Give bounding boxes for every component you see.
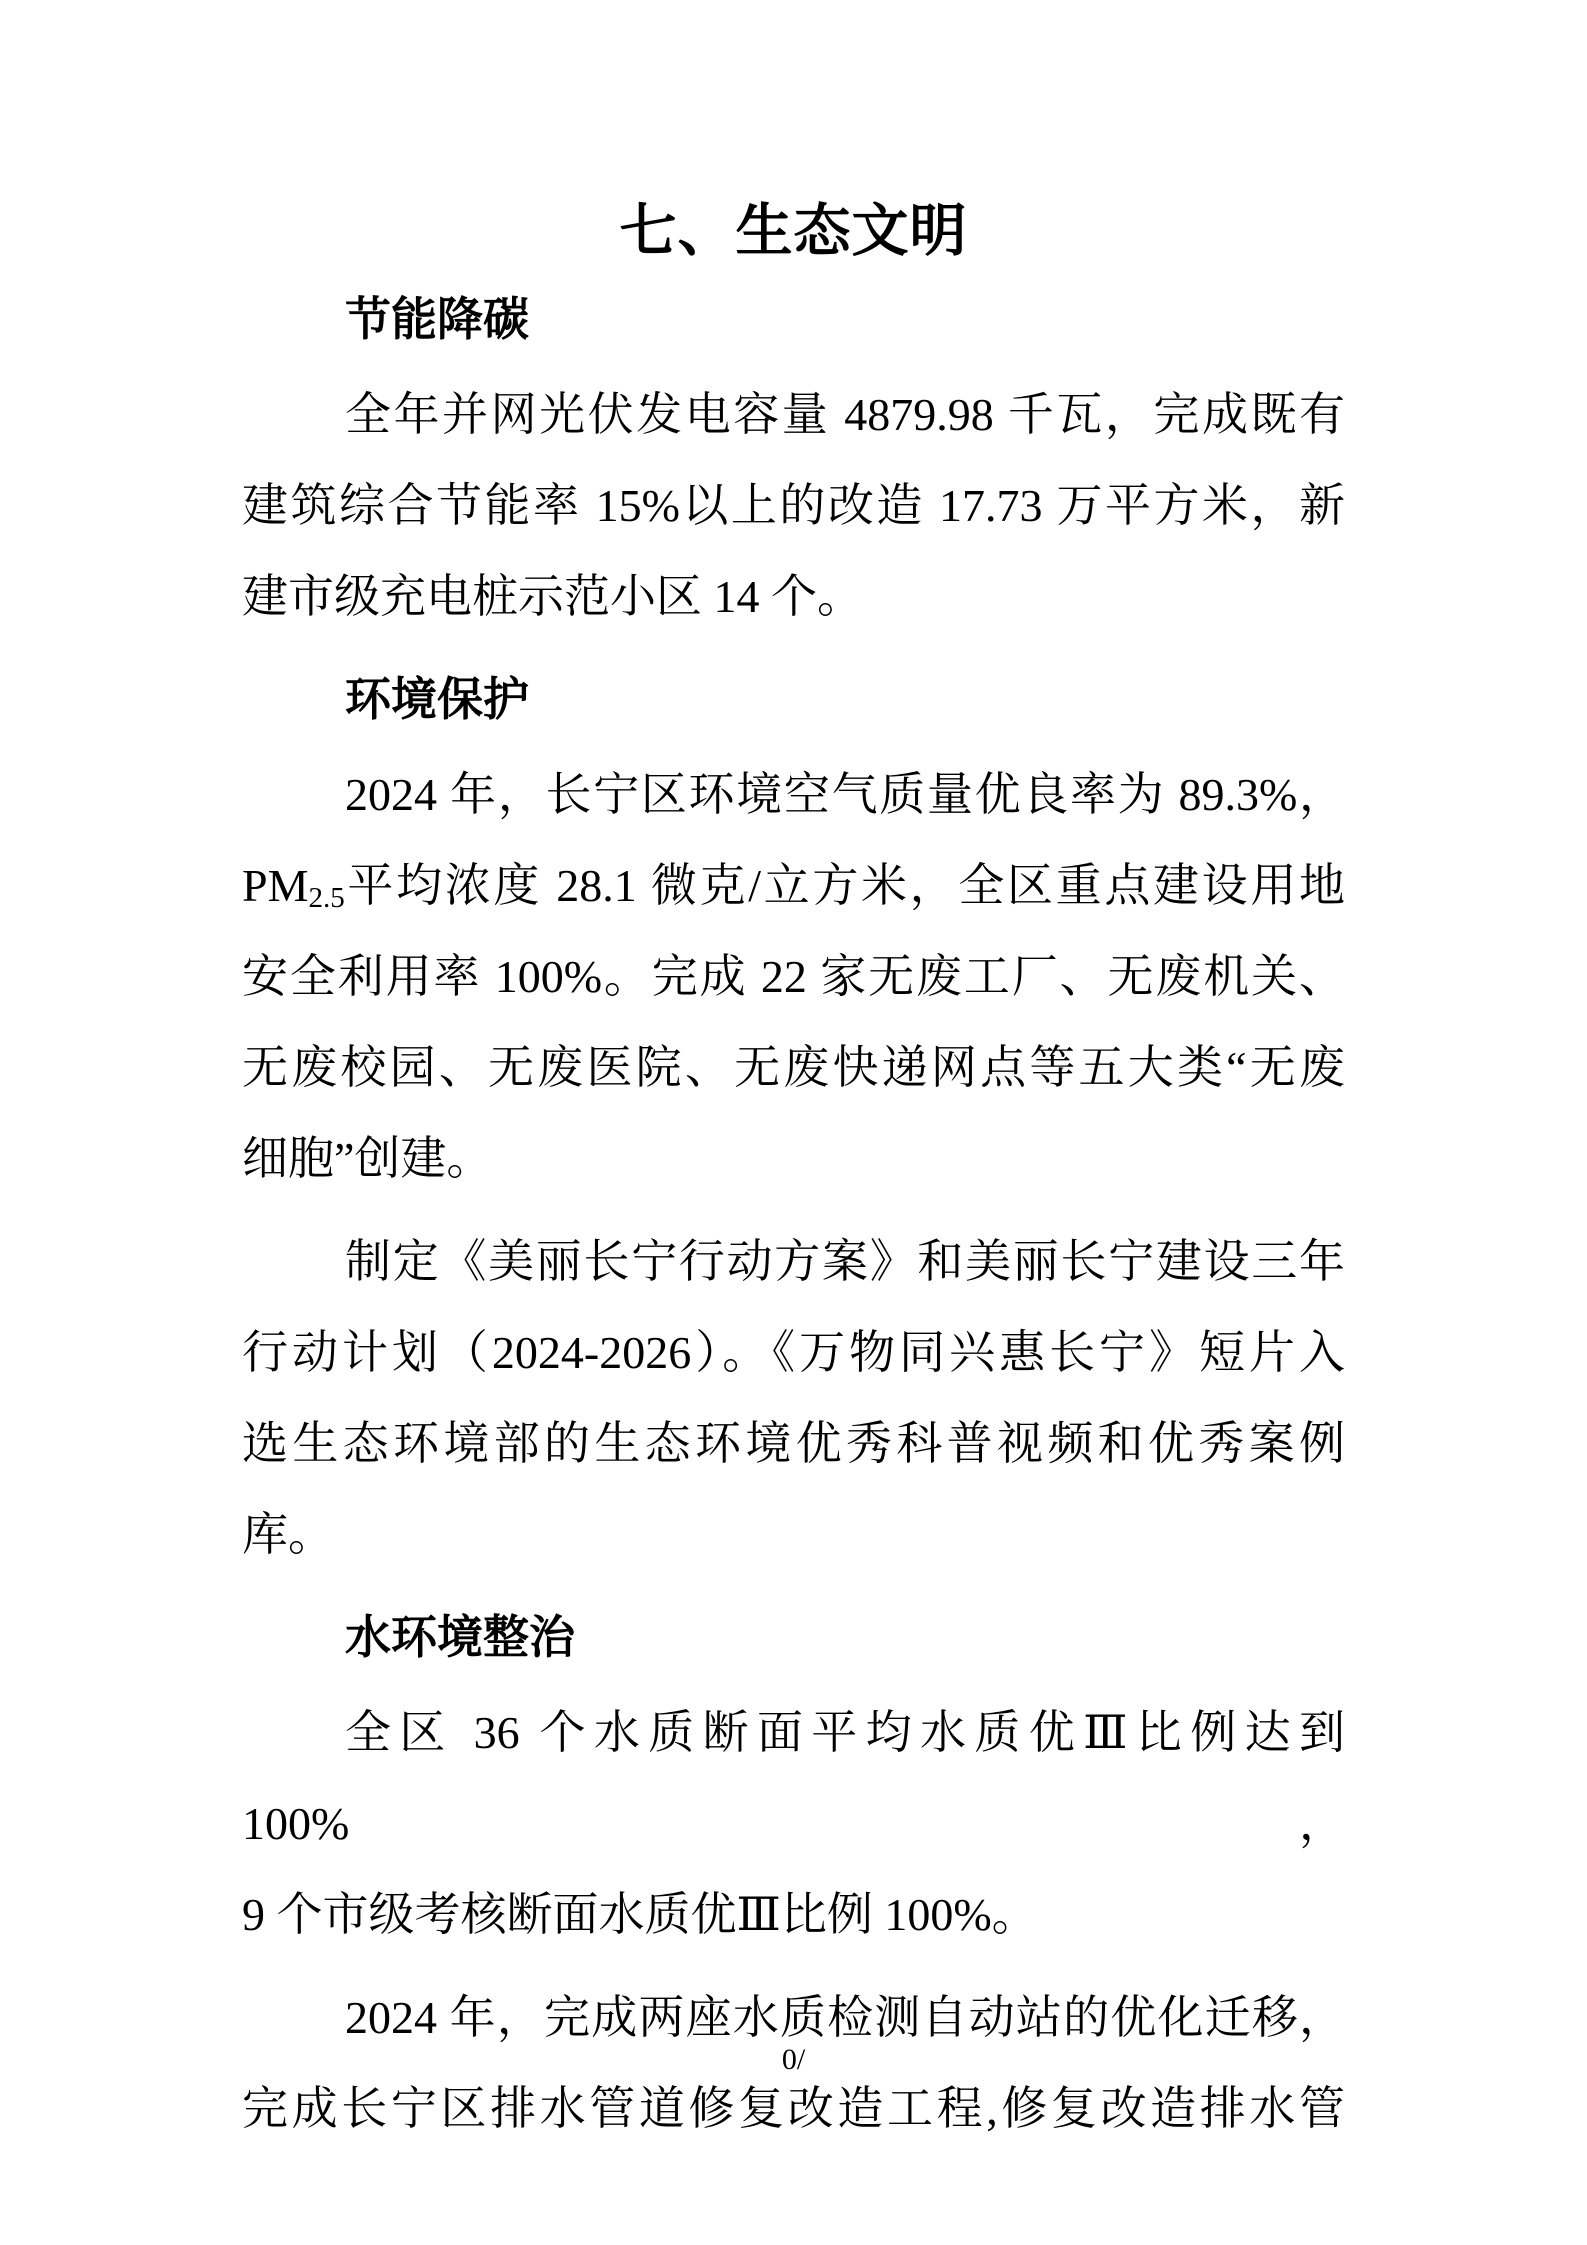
paragraph: 全年并网光伏发电容量 4879.98 千瓦，完成既有 建筑综合节能率 15%以上… (242, 369, 1345, 642)
paragraph: 2024 年，长宁区环境空气质量优良率为 89.3%， PM2.5平均浓度 28… (242, 749, 1345, 1204)
paragraph-line: 建市级充电桩示范小区 14 个。 (242, 551, 1345, 642)
pm-line-text: 平均浓度 28.1 微克/立方米，全区重点建设用地 (345, 860, 1345, 911)
page-title: 七、生态文明 (242, 192, 1345, 270)
paragraph-line: 制定《美丽长宁行动方案》和美丽长宁建设三年 (242, 1216, 1345, 1307)
paragraph-line: 9 个市级考核断面水质优Ⅲ比例 100%。 (242, 1869, 1345, 1960)
pm-subscript: 2.5 (308, 882, 344, 914)
paragraph-line: 库。 (242, 1489, 1345, 1580)
paragraph-line: 选生态环境部的生态环境优秀科普视频和优秀案例 (242, 1398, 1345, 1489)
paragraph-line: 细胞”创建。 (242, 1113, 1345, 1204)
paragraph-line: 全区 36 个水质断面平均水质优Ⅲ比例达到 100%， (242, 1687, 1345, 1869)
paragraph-line: 全年并网光伏发电容量 4879.98 千瓦，完成既有 (242, 369, 1345, 460)
paragraph-line-pm25: PM2.5平均浓度 28.1 微克/立方米，全区重点建设用地 (242, 840, 1345, 931)
page-number: 0/ (0, 2042, 1587, 2078)
paragraph-line: 行动计划（2024-2026）。《万物同兴惠长宁》短片入 (242, 1307, 1345, 1398)
section-heading-energy-saving-carbon-reduction: 节能降碳 (242, 274, 1345, 365)
document-page: 七、生态文明 节能降碳 全年并网光伏发电容量 4879.98 千瓦，完成既有 建… (0, 0, 1587, 2245)
paragraph: 制定《美丽长宁行动方案》和美丽长宁建设三年 行动计划（2024-2026）。《万… (242, 1216, 1345, 1580)
section-heading-environmental-protection: 环境保护 (242, 654, 1345, 745)
paragraph-line: 2024 年，长宁区环境空气质量优良率为 89.3%， (242, 749, 1345, 840)
section-heading-water-environment-remediation: 水环境整治 (242, 1592, 1345, 1683)
paragraph-line: 安全利用率 100%。完成 22 家无废工厂、无废机关、 (242, 931, 1345, 1022)
paragraph: 全区 36 个水质断面平均水质优Ⅲ比例达到 100%， 9 个市级考核断面水质优… (242, 1687, 1345, 1960)
pm-label: PM (242, 860, 308, 911)
paragraph-line: 建筑综合节能率 15%以上的改造 17.73 万平方米，新 (242, 460, 1345, 551)
paragraph-line: 无废校园、无废医院、无废快递网点等五大类“无废 (242, 1022, 1345, 1113)
